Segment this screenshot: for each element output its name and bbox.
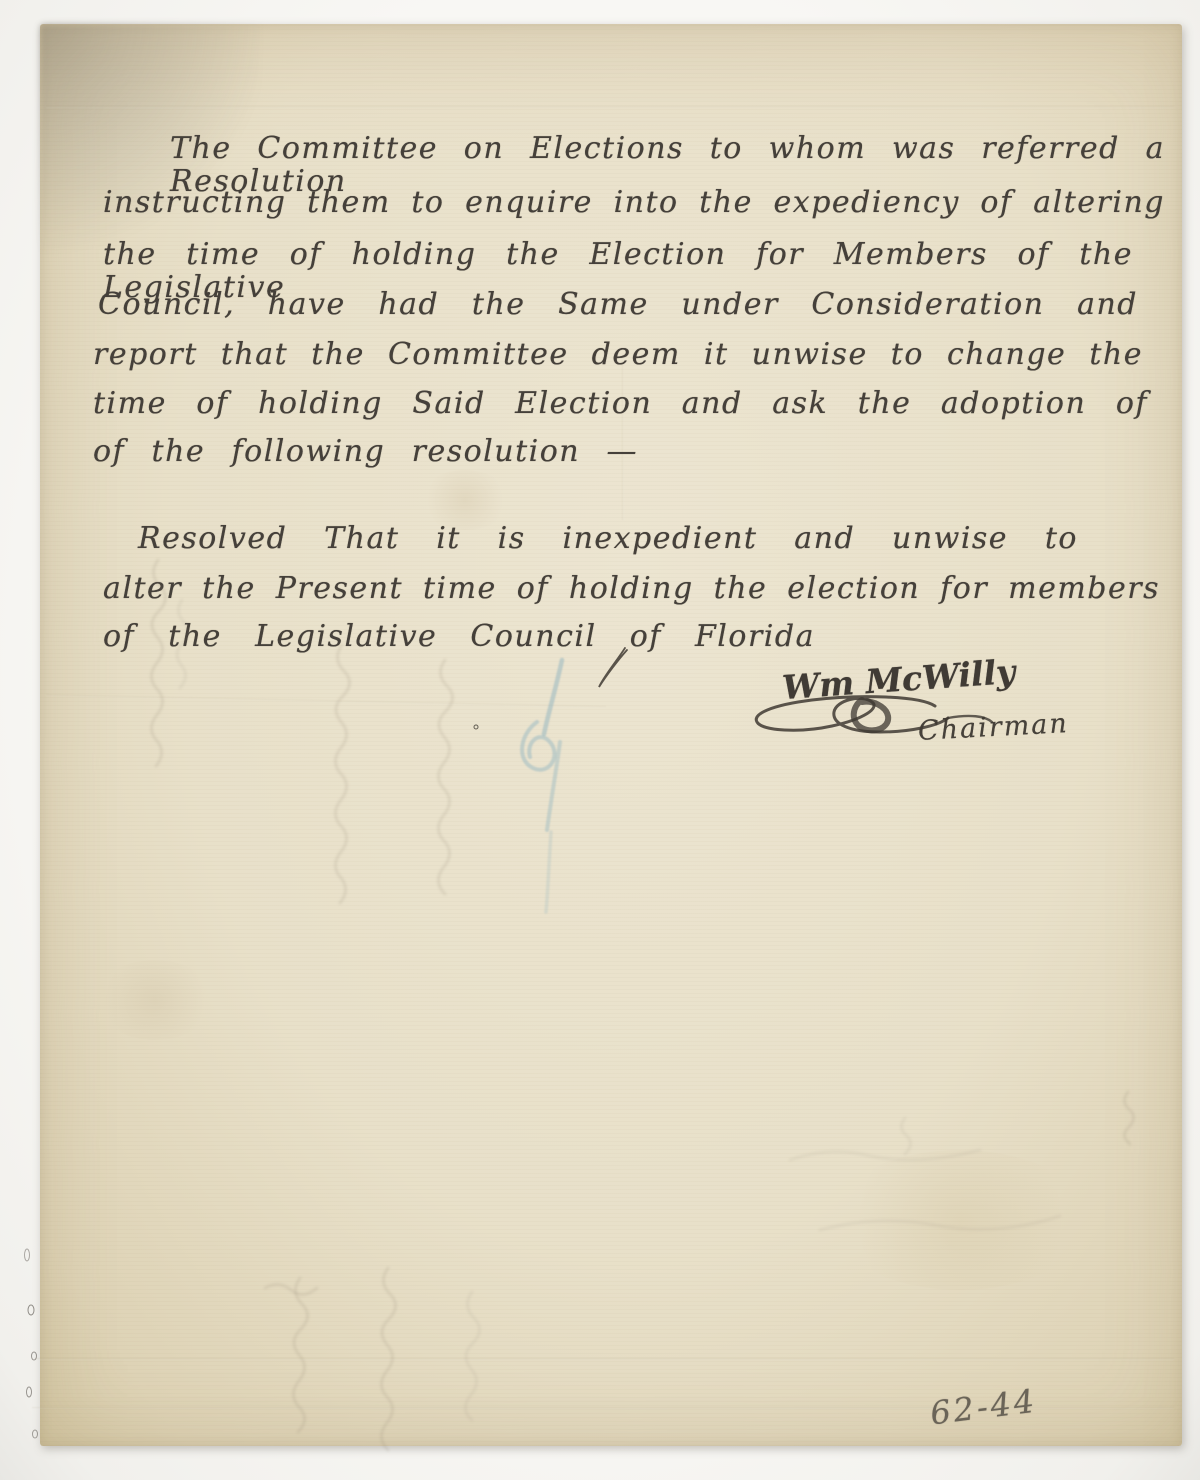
scanned-document-page: The Committee on Elections to whom was r…: [0, 0, 1200, 1480]
bleedthrough-ghost-writing: [0, 0, 1200, 1480]
